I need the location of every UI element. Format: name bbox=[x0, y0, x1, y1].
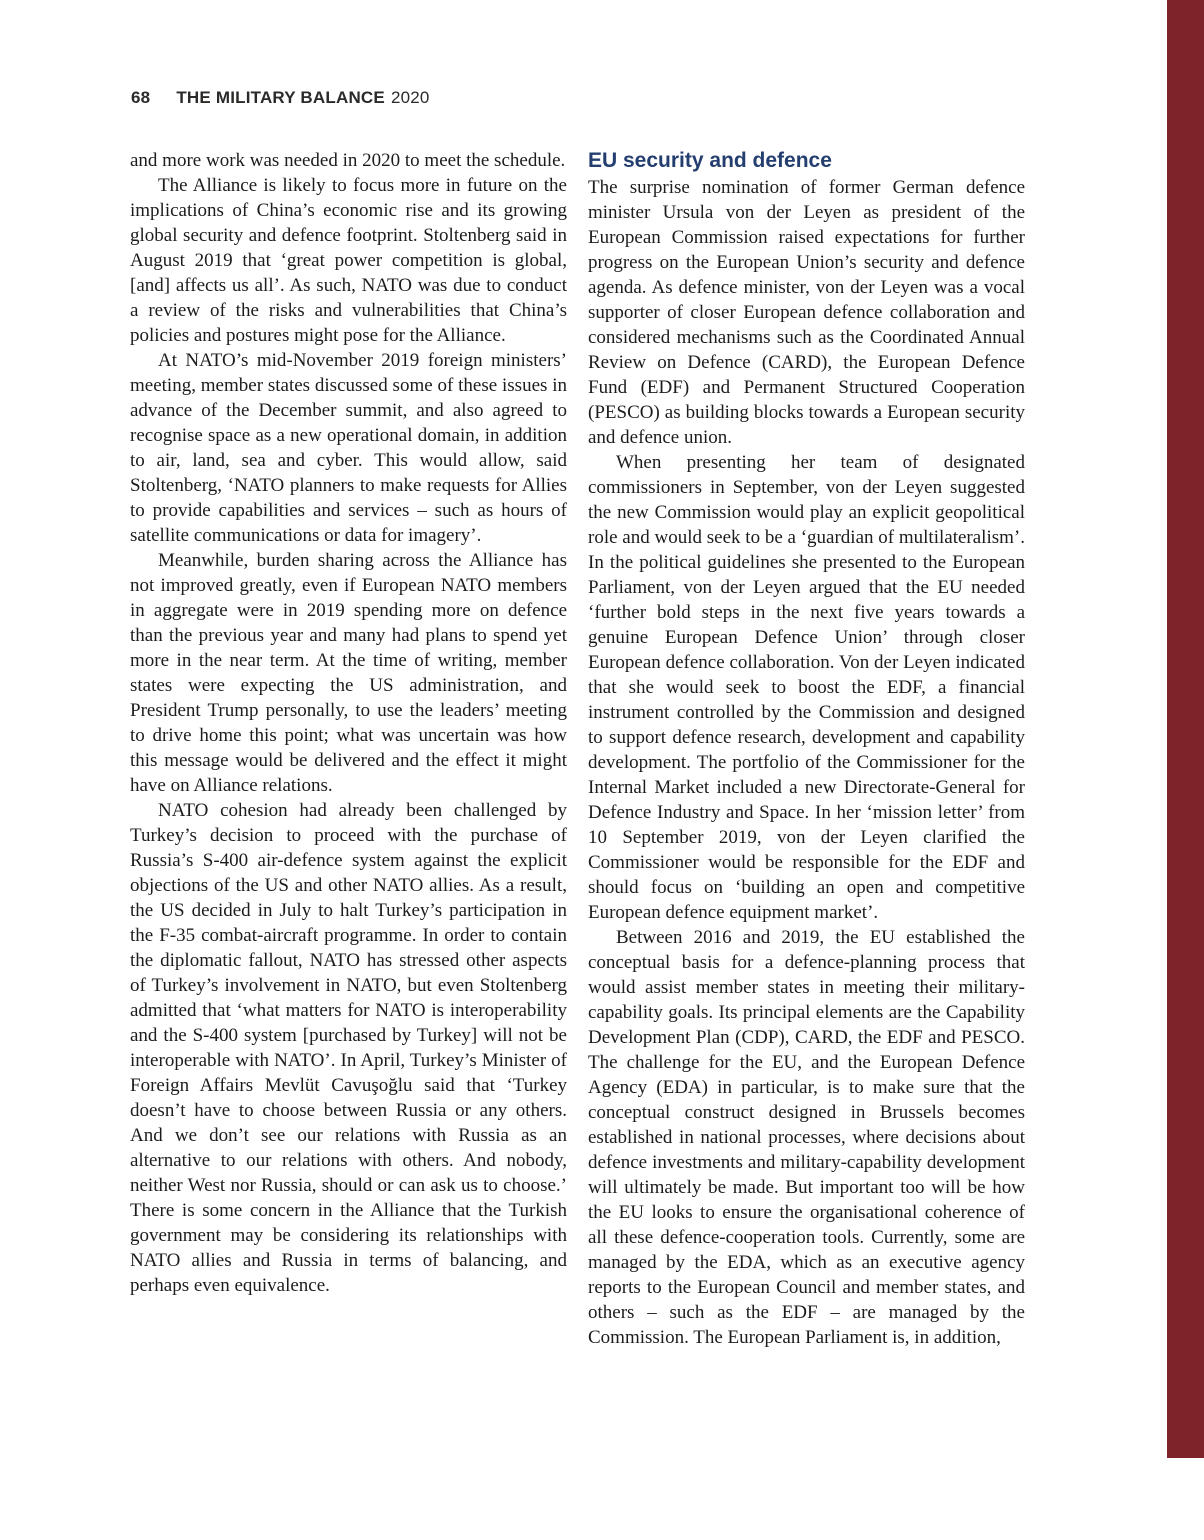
paragraph-continuation: and more work was needed in 2020 to meet… bbox=[130, 148, 567, 173]
paragraph: At NATO’s mid-November 2019 foreign mini… bbox=[130, 348, 567, 548]
left-column: and more work was needed in 2020 to meet… bbox=[130, 148, 567, 1298]
paragraph: When presenting her team of designated c… bbox=[588, 450, 1025, 925]
paragraph: The Alliance is likely to focus more in … bbox=[130, 173, 567, 348]
running-header-title: THE MILITARY BALANCE bbox=[176, 88, 385, 107]
page-number: 68 bbox=[131, 88, 150, 108]
running-header: 68THE MILITARY BALANCE2020 bbox=[131, 88, 430, 108]
paragraph: Meanwhile, burden sharing across the All… bbox=[130, 548, 567, 798]
paragraph: The surprise nomination of former German… bbox=[588, 175, 1025, 450]
paragraph: NATO cohesion had already been challenge… bbox=[130, 798, 567, 1298]
paragraph: Between 2016 and 2019, the EU establishe… bbox=[588, 925, 1025, 1350]
chapter-edge-tab bbox=[1167, 0, 1204, 1458]
right-column: EU security and defence The surprise nom… bbox=[588, 148, 1025, 1350]
book-page: 68THE MILITARY BALANCE2020 and more work… bbox=[0, 0, 1204, 1540]
running-header-year: 2020 bbox=[391, 88, 430, 107]
section-heading: EU security and defence bbox=[588, 148, 1025, 173]
